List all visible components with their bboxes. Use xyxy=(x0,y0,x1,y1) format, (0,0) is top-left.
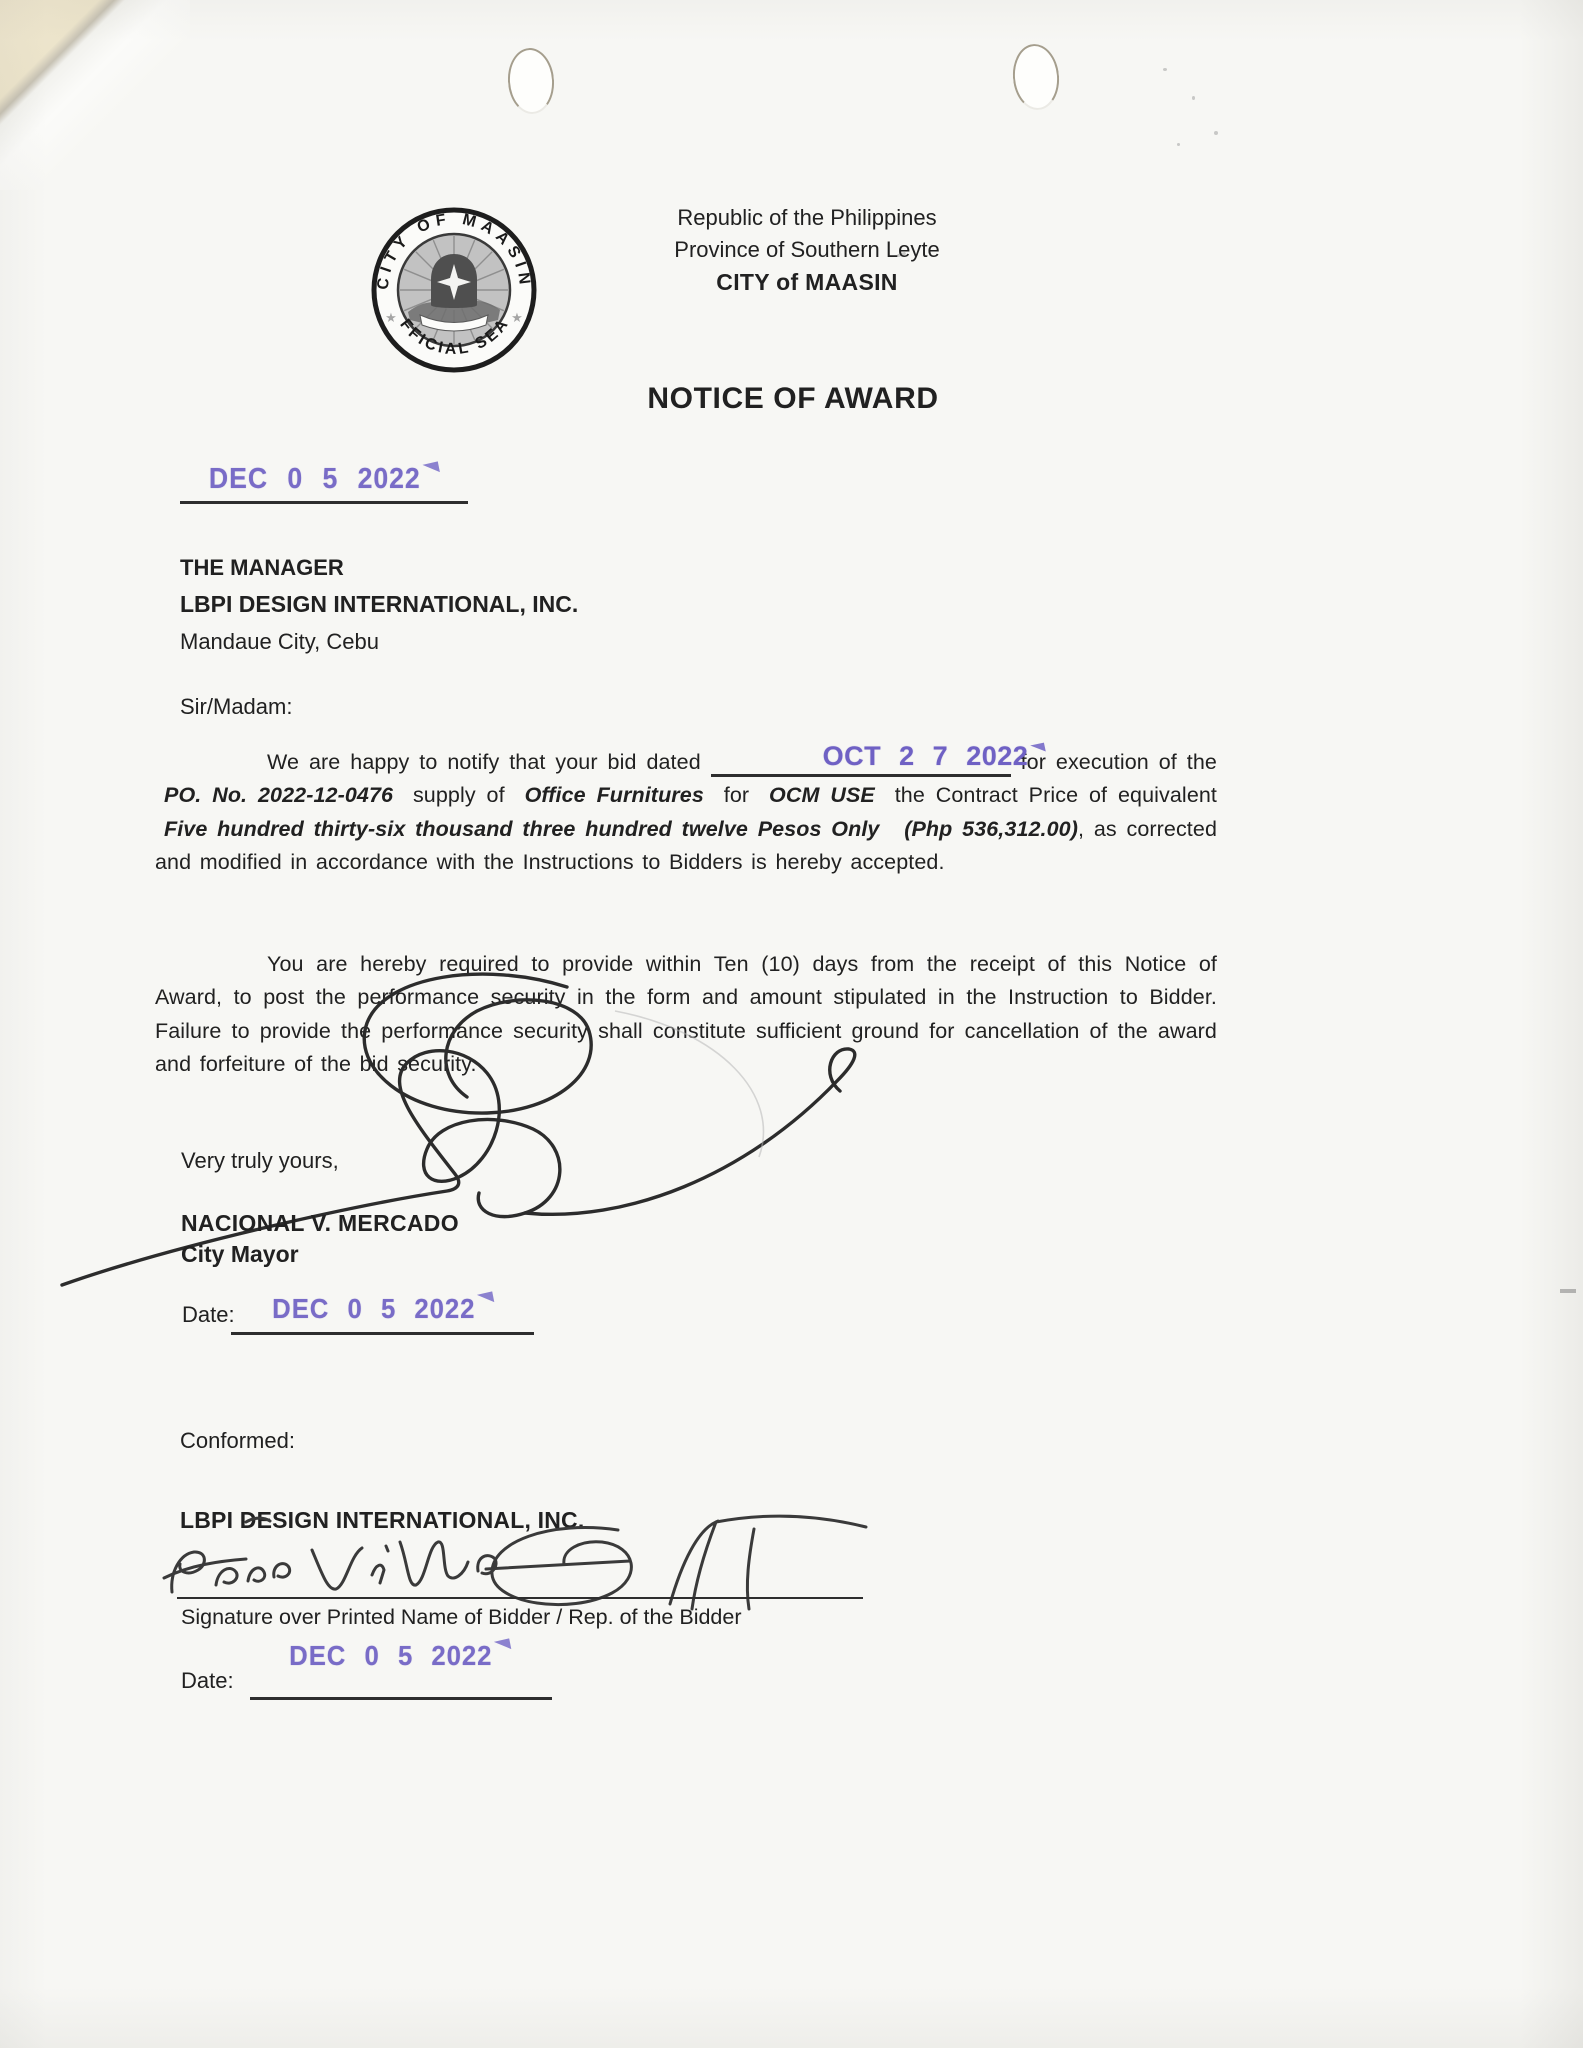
punch-hole-icon xyxy=(1010,42,1062,112)
contract-amount-words: Five hundred thirty-six thousand three h… xyxy=(164,817,879,841)
city-seal: CITY OF MAASIN OFFICIAL SEAL ★ ★ xyxy=(368,204,540,376)
received-date-text: DEC 0 5 2022 xyxy=(209,463,421,495)
stamp-tick-icon xyxy=(494,1638,511,1652)
letterhead-province: Province of Southern Leyte xyxy=(600,234,1014,266)
document-title: NOTICE OF AWARD xyxy=(540,382,1046,416)
scan-speck xyxy=(1214,131,1218,135)
contract-amount-figures: (Php 536,312.00) xyxy=(904,817,1078,841)
bid-date-stamp: OCT 2 7 2022 xyxy=(711,740,1011,773)
paragraph-award: We are happy to notify that your bid dat… xyxy=(155,746,1217,880)
stamp-tick-icon xyxy=(477,1291,494,1305)
seal-side-star-icon: ★ xyxy=(511,310,523,325)
stamp-tick-icon xyxy=(423,461,440,475)
end-use: OCM USE xyxy=(769,783,875,807)
scan-speck xyxy=(1163,68,1167,71)
letterhead-city: CITY of MAASIN xyxy=(600,266,1014,298)
bid-date-text: OCT 2 7 2022 xyxy=(823,741,1029,771)
addressee-block: THE MANAGER LBPI DESIGN INTERNATIONAL, I… xyxy=(180,549,578,660)
item-description: Office Furnitures xyxy=(525,783,704,807)
closing: Very truly yours, xyxy=(181,1148,339,1174)
signature-caption: Signature over Printed Name of Bidder / … xyxy=(181,1605,742,1630)
addressee-company: LBPI DESIGN INTERNATIONAL, INC. xyxy=(180,586,578,623)
bid-date-blank: OCT 2 7 2022 xyxy=(711,752,1011,777)
bidder-signature-line xyxy=(177,1597,863,1599)
date-label: Date: xyxy=(182,1302,235,1328)
signatory-name: NACIONAL V. MERCADO xyxy=(181,1210,459,1237)
page-fold-corner xyxy=(0,0,190,190)
conformed-label: Conformed: xyxy=(180,1428,295,1454)
punch-hole-icon xyxy=(506,46,556,115)
seal-side-star-icon: ★ xyxy=(385,310,397,325)
bidder-date-text: DEC 0 5 2022 xyxy=(289,1640,492,1671)
p1-supply: supply of xyxy=(413,783,505,807)
scan-speck xyxy=(1192,96,1195,100)
po-number: PO. No. 2022-12-0476 xyxy=(164,783,393,807)
bidder-company: LBPI DESIGN INTERNATIONAL, INC. xyxy=(180,1507,584,1534)
p1-after-date: for execution of the xyxy=(1021,750,1217,774)
mayor-date-stamp: DEC 0 5 2022 xyxy=(245,1293,521,1325)
signatory-title: City Mayor xyxy=(181,1241,299,1268)
received-date-line xyxy=(180,501,468,504)
bidder-date-stamp: DEC 0 5 2022 xyxy=(265,1640,535,1672)
scan-edge-mark xyxy=(1560,1289,1576,1293)
stamp-tick-icon xyxy=(1030,742,1046,754)
letterhead: Republic of the Philippines Province of … xyxy=(600,202,1014,298)
p1-intro: We are happy to notify that your bid dat… xyxy=(267,750,701,774)
mayor-date-line xyxy=(231,1332,534,1335)
date-label: Date: xyxy=(181,1668,234,1694)
addressee-recipient: THE MANAGER xyxy=(180,549,578,586)
received-date-stamp: DEC 0 5 2022 xyxy=(188,463,460,496)
bidder-date-line xyxy=(250,1697,552,1700)
p1-contract: the Contract Price of equivalent xyxy=(895,783,1217,807)
salutation: Sir/Madam: xyxy=(180,694,292,720)
letterhead-republic: Republic of the Philippines xyxy=(600,202,1014,234)
scan-speck xyxy=(1177,143,1180,146)
p1-for: for xyxy=(724,783,749,807)
paragraph-security: You are hereby required to provide withi… xyxy=(155,948,1217,1082)
addressee-address: Mandaue City, Cebu xyxy=(180,623,578,660)
mayor-date-text: DEC 0 5 2022 xyxy=(272,1293,475,1324)
